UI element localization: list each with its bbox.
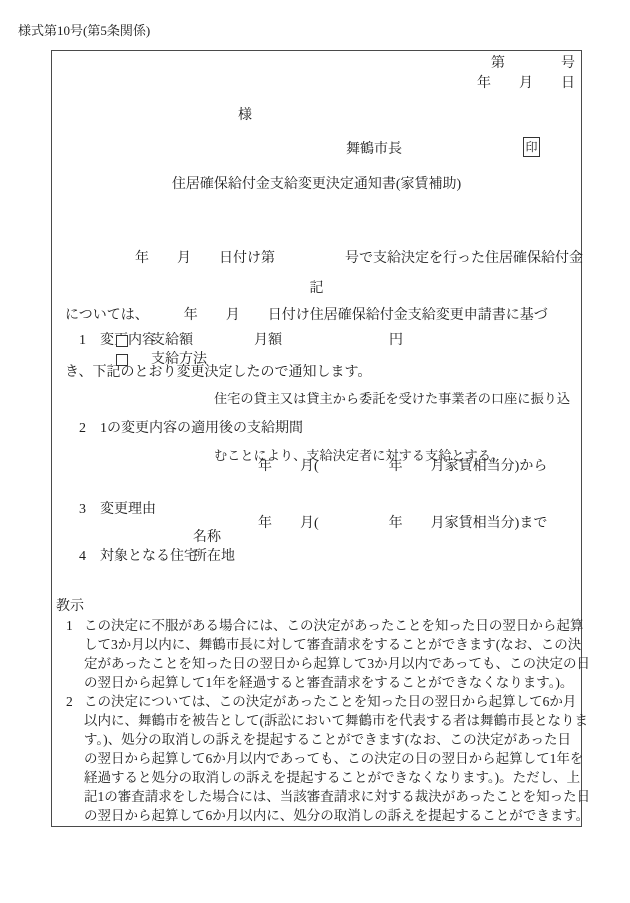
notice-heading: 教示	[56, 597, 84, 616]
addressee-sama: 様	[238, 106, 252, 125]
record-marker: 記	[52, 279, 581, 298]
payment-period: 年 月( 年 月家賃相当分)から 年 月( 年 月家賃相当分)まで	[258, 419, 547, 571]
section1-heading: 1変更内容	[58, 312, 156, 369]
notice-item-number: 1	[66, 616, 84, 692]
period-from-line: 年 月( 年 月家賃相当分)から	[258, 457, 547, 476]
notice-item-number: 2	[66, 692, 84, 825]
housing-name-label: 名称	[193, 528, 221, 547]
amount-checkbox[interactable]	[116, 335, 128, 347]
section-number: 4	[79, 547, 92, 566]
notice-item-text: この決定に不服がある場合には、この決定があったことを知った日の翌日から起算 して…	[84, 616, 590, 692]
method-checkbox[interactable]	[116, 354, 128, 366]
period-to-line: 年 月( 年 月家賃相当分)まで	[258, 514, 547, 533]
section-number: 3	[79, 500, 92, 519]
notice-line: す。)、処分の取消しの訴えを提起することができます(なお、この決定があった日	[84, 730, 590, 749]
seal-stamp-box: 印	[523, 137, 540, 157]
notice-line: この決定については、この決定があったことを知った日の翌日から起算して6か月	[84, 692, 590, 711]
section-title: 対象となる住宅	[100, 547, 198, 566]
notice-line: して3か月以内に、舞鶴市長に対して審査請求をすることができます(なお、この決	[84, 635, 590, 654]
yen-unit-label: 円	[389, 331, 403, 350]
notice-item-2: 2 この決定については、この決定があったことを知った日の翌日から起算して6か月 …	[66, 692, 590, 825]
section-number: 1	[79, 331, 92, 350]
issuer-name: 舞鶴市長	[346, 140, 402, 159]
intro-line: 年 月 日付け第 号で支給決定を行った住居確保給付金	[65, 249, 583, 268]
section4-heading: 4対象となる住宅	[58, 528, 198, 585]
notice-line: この決定に不服がある場合には、この決定があったことを知った日の翌日から起算	[84, 616, 590, 635]
form-number-label: 様式第10号(第5条関係)	[18, 21, 150, 40]
notice-line: の翌日から起算して1年を経過すると審査請求をすることができなくなります。)。	[84, 673, 590, 692]
section-number: 2	[79, 419, 92, 438]
notice-line: の翌日から起算して6か月以内に、処分の取消しの訴えを提起することができます。	[84, 806, 590, 825]
method-label: 支給方法	[151, 350, 207, 369]
section-title: 変更理由	[100, 500, 156, 519]
monthly-amount-label: 月額	[254, 331, 282, 350]
notice-item-1: 1 この決定に不服がある場合には、この決定があったことを知った日の翌日から起算 …	[66, 616, 590, 692]
section-title: 変更内容	[100, 331, 156, 350]
form-border-box: 第 号 年 月 日 様 舞鶴市長 印 住居確保給付金支給変更決定通知書(家賃補助…	[51, 50, 582, 827]
doc-number-line: 第 号	[491, 54, 575, 73]
document-page: 様式第10号(第5条関係) 第 号 年 月 日 様 舞鶴市長 印 住居確保給付金…	[0, 0, 630, 903]
amount-label: 支給額	[151, 331, 193, 350]
notice-line: 経過すると処分の取消しの訴えを提起することができなくなります。)。ただし、上	[84, 768, 590, 787]
notice-line: 記1の審査請求をした場合には、当該審査請求に対する裁決があったことを知った日	[84, 787, 590, 806]
notice-item-text: この決定については、この決定があったことを知った日の翌日から起算して6か月 以内…	[84, 692, 590, 825]
date-line: 年 月 日	[477, 74, 575, 93]
document-title: 住居確保給付金支給変更決定通知書(家賃補助)	[52, 175, 581, 194]
notice-line: 定があったことを知った日の翌日から起算して3か月以内であっても、この決定の日	[84, 654, 590, 673]
housing-address-label: 所在地	[193, 547, 235, 566]
notice-line: 以内に、舞鶴市を被告として(訴訟において舞鶴市を代表する者は舞鶴市長となりま	[84, 711, 590, 730]
notice-line: の翌日から起算して6か月以内であっても、この決定の日の翌日から起算して1年を	[84, 749, 590, 768]
